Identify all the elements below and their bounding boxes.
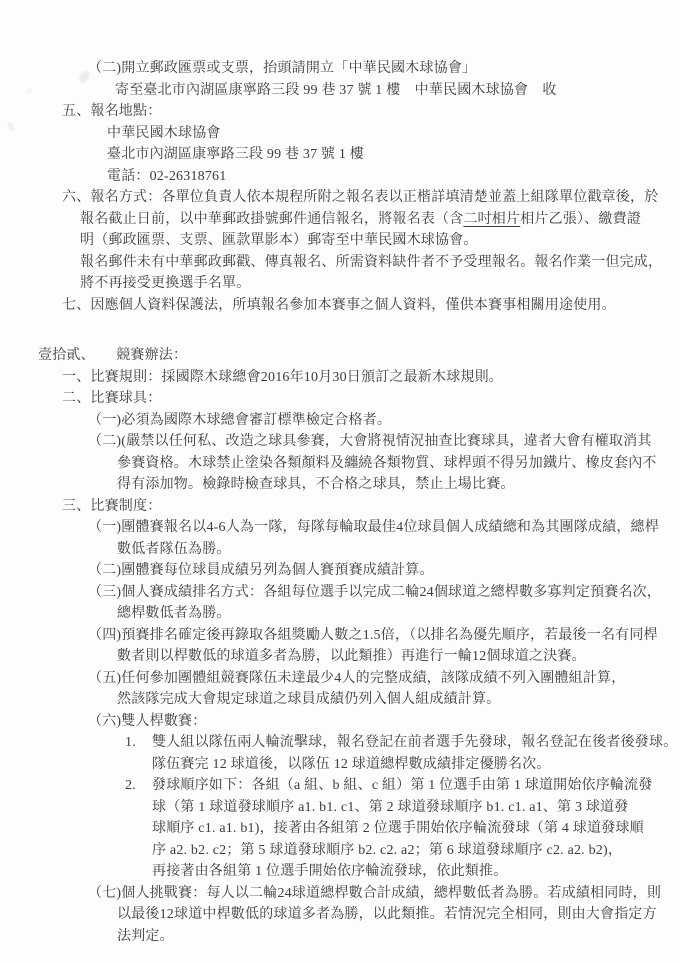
text-run: （七)個人挑戰賽：每人以二輪24球道總桿數合計成績，總桿數低者為勝。若成績相同時… bbox=[88, 886, 661, 901]
text-run: 報名截止日前，以中華郵政掛號郵件通信報名，將報名表（含 bbox=[80, 212, 463, 227]
doc-line: 參賽資格。木球禁止塗染各類顏料及纏繞各類物質、球桿頭不得另加鐵片、橡皮套內不 bbox=[0, 453, 680, 475]
doc-line: 中華民國木球協會 bbox=[0, 123, 680, 145]
doc-line: 三、比賽制度： bbox=[0, 496, 680, 518]
doc-line: 隊伍賽完 12 球道後，以隊伍 12 球道總桿數成績排定優勝名次。 bbox=[0, 754, 680, 776]
doc-line: 明（郵政匯票、支票、匯款單影本）郵寄至中華民國木球協會。 bbox=[0, 230, 680, 252]
doc-line: 得有添加物。檢錄時檢查球具，不合格之球具，禁止上場比賽。 bbox=[0, 474, 680, 496]
doc-line: 球順序 c1. a1. b1)，接著由各組第 2 位選手開始依序輪流發球（第 4… bbox=[0, 818, 680, 840]
doc-line: 報名截止日前，以中華郵政掛號郵件通信報名，將報名表（含二吋相片相片乙張）、繳費證 bbox=[0, 209, 680, 231]
doc-line: 球（第 1 球道發球順序 a1. b1. c1、第 2 球道發球順序 b1. c… bbox=[0, 797, 680, 819]
doc-line: 以最後12球道中桿數低的球道多者為勝，以此類推。若情況完全相同，則由大會指定方 bbox=[0, 904, 680, 926]
doc-line: 七、因應個人資料保護法，所填報名參加本賽事之個人資料，僅供本賽事相關用途使用。 bbox=[0, 295, 680, 317]
text-run: （二)(嚴禁以任何私、改造之球具參賽，大會將視情況抽查比賽球具，違者大會有權取消… bbox=[88, 434, 652, 449]
text-run: 隊伍賽完 12 球道後，以隊伍 12 球道總桿數成績排定優勝名次。 bbox=[152, 757, 551, 772]
text-run: 雙人組以隊伍兩人輪流擊球，報名登記在前者選手先發球，報名登記在後者後發球。 bbox=[152, 735, 677, 750]
text-run: 數低者隊伍為勝。 bbox=[117, 542, 231, 557]
text-run: （二)開立郵政匯票或支票，抬頭請開立「中華民國木球協會」 bbox=[88, 61, 476, 76]
text-run: （六)雙人桿數賽： bbox=[88, 714, 206, 729]
text-run: 臺北市內湖區康寧路三段 99 巷 37 號 1 樓 bbox=[107, 147, 364, 162]
text-run: 參賽資格。木球禁止塗染各類顏料及纏繞各類物質、球桿頭不得另加鐵片、橡皮套內不 bbox=[117, 456, 657, 471]
scanned-page: （二)開立郵政匯票或支票，抬頭請開立「中華民國木球協會」寄至臺北市內湖區康寧路三… bbox=[0, 0, 680, 962]
text-run: （一)必須為國際木球總會審訂標準檢定合格者。 bbox=[88, 413, 391, 428]
doc-line: （二)(嚴禁以任何私、改造之球具參賽，大會將視情況抽查比賽球具，違者大會有權取消… bbox=[0, 431, 680, 453]
text-run: 將不再接受更換選手名單。 bbox=[80, 276, 250, 291]
doc-line: （二)開立郵政匯票或支票，抬頭請開立「中華民國木球協會」 bbox=[0, 58, 680, 80]
doc-line: 一、比賽規則：採國際木球總會2016年10月30日頒訂之最新木球規則。 bbox=[0, 367, 680, 389]
doc-line: 臺北市內湖區康寧路三段 99 巷 37 號 1 樓 bbox=[0, 144, 680, 166]
text-run: 中華民國木球協會 bbox=[107, 126, 221, 141]
doc-line: （七)個人挑戰賽：每人以二輪24球道總桿數合計成績，總桿數低者為勝。若成績相同時… bbox=[0, 883, 680, 905]
text-run: （四)預賽排名確定後再錄取各組獎勵人數之1.5倍，（以排名為優先順序，若最後一名… bbox=[88, 628, 658, 643]
doc-line: （四)預賽排名確定後再錄取各組獎勵人數之1.5倍，（以排名為優先順序，若最後一名… bbox=[0, 625, 680, 647]
doc-line: 1.雙人組以隊伍兩人輪流擊球，報名登記在前者選手先發球，報名登記在後者後發球。 bbox=[0, 732, 680, 754]
doc-line: （三)個人賽成績排名方式：各組每位選手以完成二輪24個球道之總桿數多寡判定預賽名… bbox=[0, 582, 680, 604]
doc-line: （二)團體賽每位球員成績另列為個人賽預賽成績計算。 bbox=[0, 560, 680, 582]
text-run: 七、因應個人資料保護法，所填報名參加本賽事之個人資料，僅供本賽事相關用途使用。 bbox=[62, 298, 616, 313]
text-run: （一)團體賽報名以4-6人為一隊，每隊每輪取最佳4位球員個人成績總和為其團隊成績… bbox=[88, 520, 659, 535]
text-run: （三)個人賽成績排名方式：各組每位選手以完成二輪24個球道之總桿數多寡判定預賽名… bbox=[88, 585, 661, 600]
doc-line: 壹拾貳、 競賽辦法： bbox=[0, 345, 680, 367]
doc-line: 五、報名地點： bbox=[0, 101, 680, 123]
text-run: 序 a2. b2. c2；第 5 球道發球順序 b2. c2. a2；第 6 球… bbox=[152, 843, 622, 858]
text-run: 數者則以桿數低的球道多者為勝，以此類推）再進行一輪12個球道之決賽。 bbox=[117, 649, 586, 664]
doc-line: （一)團體賽報名以4-6人為一隊，每隊每輪取最佳4位球員個人成績總和為其團隊成績… bbox=[0, 517, 680, 539]
text-run: 三、比賽制度： bbox=[62, 499, 161, 514]
text-run: 然該隊完成大會規定球道之球員成績仍列入個人組成績計算。 bbox=[117, 692, 500, 707]
text-run: 壹拾貳、 競賽辦法： bbox=[38, 348, 187, 363]
doc-line: 報名郵件未有中華郵政郵戳、傳真報名、所需資料缺件者不予受理報名。報名作業一但完成… bbox=[0, 252, 680, 274]
text-run: 二、比賽球具： bbox=[62, 391, 161, 406]
text-run: （五)任何參加團體組競賽隊伍未達最少4人的完整成績，該隊成績不列入團體組計算， bbox=[88, 671, 625, 686]
text-run: 五、報名地點： bbox=[62, 104, 161, 119]
text-run: 明（郵政匯票、支票、匯款單影本）郵寄至中華民國木球協會。 bbox=[80, 233, 478, 248]
text-run: 六、報名方式：各單位負責人依本規程所附之報名表以正楷詳填清楚並蓋上組隊單位戳章後… bbox=[62, 190, 658, 205]
text-run: 一、比賽規則：採國際木球總會2016年10月30日頒訂之最新木球規則。 bbox=[62, 370, 503, 385]
text-run: 球（第 1 球道發球順序 a1. b1. c1、第 2 球道發球順序 b1. c… bbox=[152, 800, 628, 815]
text-run: （二)團體賽每位球員成績另列為個人賽預賽成績計算。 bbox=[88, 563, 434, 578]
underlined-text: 二吋相片 bbox=[463, 212, 520, 227]
text-run: 發球順序如下：各組（a 組、b 組、c 組）第 1 位選手由第 1 球道開始依序… bbox=[152, 778, 653, 793]
text-run: 相片乙張）、繳費證 bbox=[520, 212, 641, 227]
doc-line: 再接著由各組第 1 位選手開始依序輪流發球，依此類推。 bbox=[0, 861, 680, 883]
text-run: 以最後12球道中桿數低的球道多者為勝，以此類推。若情況完全相同，則由大會指定方 bbox=[117, 907, 657, 922]
doc-line: 2.發球順序如下：各組（a 組、b 組、c 組）第 1 位選手由第 1 球道開始… bbox=[0, 775, 680, 797]
text-run: 法判定。 bbox=[117, 929, 174, 944]
doc-line: 然該隊完成大會規定球道之球員成績仍列入個人組成績計算。 bbox=[0, 689, 680, 711]
doc-line: （六)雙人桿數賽： bbox=[0, 711, 680, 733]
text-run: 報名郵件未有中華郵政郵戳、傳真報名、所需資料缺件者不予受理報名。報名作業一但完成… bbox=[80, 255, 662, 270]
text-run: 球順序 c1. a1. b1)，接著由各組第 2 位選手開始依序輪流發球（第 4… bbox=[152, 821, 644, 836]
doc-line: 法判定。 bbox=[0, 926, 680, 948]
list-number: 2. bbox=[125, 775, 152, 797]
doc-line: 數者則以桿數低的球道多者為勝，以此類推）再進行一輪12個球道之決賽。 bbox=[0, 646, 680, 668]
doc-line: （一)必須為國際木球總會審訂標準檢定合格者。 bbox=[0, 410, 680, 432]
list-number: 1. bbox=[125, 732, 152, 754]
doc-line: 寄至臺北市內湖區康寧路三段 99 巷 37 號 1 樓 中華民國木球協會 收 bbox=[0, 80, 680, 102]
doc-line: 序 a2. b2. c2；第 5 球道發球順序 b2. c2. a2；第 6 球… bbox=[0, 840, 680, 862]
doc-line: 將不再接受更換選手名單。 bbox=[0, 273, 680, 295]
doc-line: 數低者隊伍為勝。 bbox=[0, 539, 680, 561]
doc-line: （五)任何參加團體組競賽隊伍未達最少4人的完整成績，該隊成績不列入團體組計算， bbox=[0, 668, 680, 690]
text-run: 得有添加物。檢錄時檢查球具，不合格之球具，禁止上場比賽。 bbox=[117, 477, 515, 492]
doc-line: 電話：02-26318761 bbox=[0, 166, 680, 188]
text-run: 再接著由各組第 1 位選手開始依序輪流發球，依此類推。 bbox=[152, 864, 507, 879]
text-run: 寄至臺北市內湖區康寧路三段 99 巷 37 號 1 樓 中華民國木球協會 收 bbox=[115, 83, 557, 98]
doc-line: 二、比賽球具： bbox=[0, 388, 680, 410]
doc-line: 總桿數低者為勝。 bbox=[0, 603, 680, 625]
text-run: 電話：02-26318761 bbox=[107, 169, 226, 184]
doc-line: 六、報名方式：各單位負責人依本規程所附之報名表以正楷詳填清楚並蓋上組隊單位戳章後… bbox=[0, 187, 680, 209]
document-lines: （二)開立郵政匯票或支票，抬頭請開立「中華民國木球協會」寄至臺北市內湖區康寧路三… bbox=[0, 58, 680, 947]
text-run: 總桿數低者為勝。 bbox=[117, 606, 231, 621]
